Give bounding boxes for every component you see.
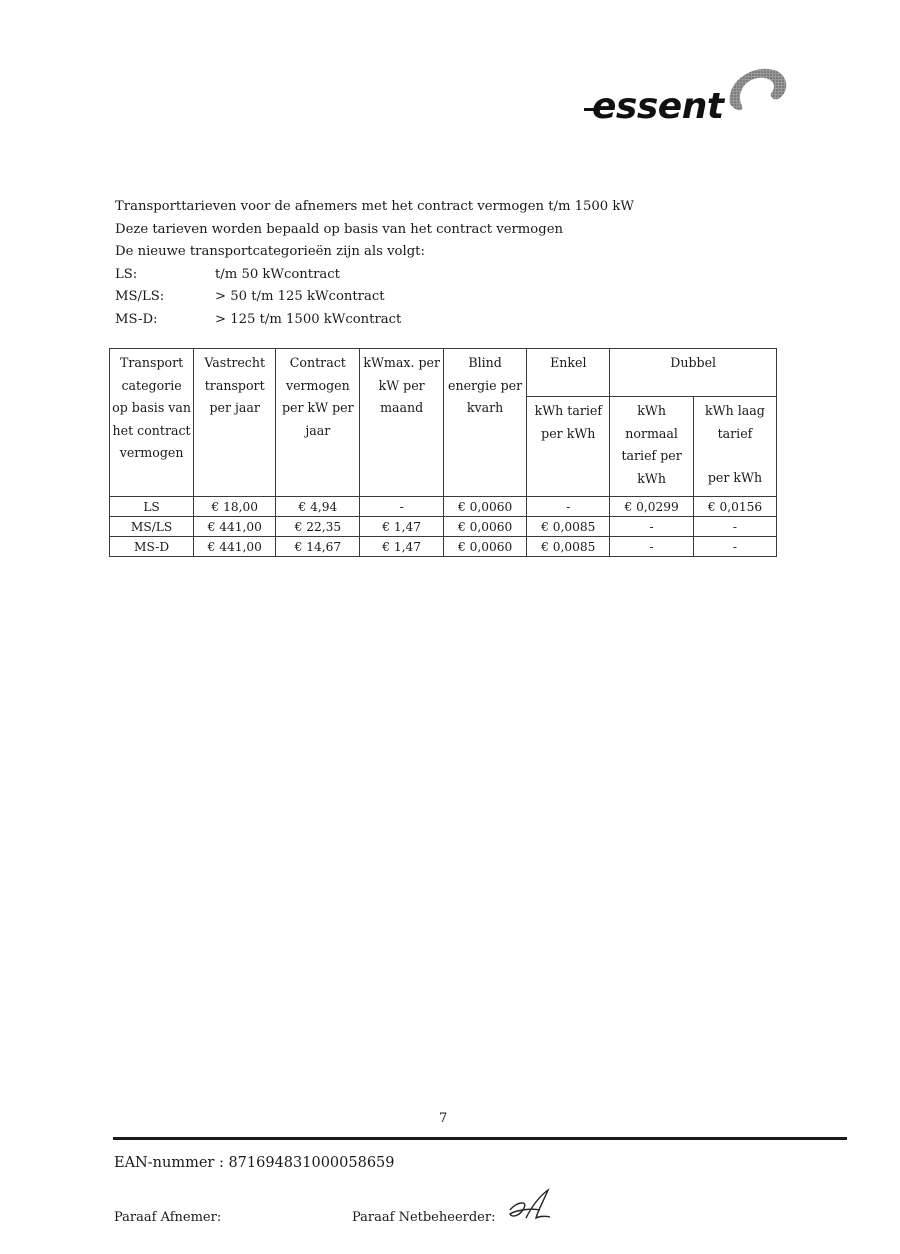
cell-normaal: € 0,0299 <box>610 497 694 517</box>
cell-vastrecht: € 441,00 <box>194 517 276 537</box>
category-ls: LS: t/m 50 kWcontract <box>115 264 634 287</box>
cell-normaal: - <box>610 517 694 537</box>
cell-blind: € 0,0060 <box>443 537 526 557</box>
tariff-table: Transport categorie op basis van het con… <box>109 348 777 557</box>
intro-title: Transporttarieven voor de afnemers met h… <box>115 196 634 219</box>
footer-divider <box>113 1137 847 1140</box>
logo-text: essent <box>592 86 724 127</box>
header-dubbel-normaal: kWh normaal tarief per kWh <box>610 397 694 497</box>
intro-line-2: Deze tarieven worden bepaald op basis va… <box>115 219 634 242</box>
intro-line-3: De nieuwe transportcategorieën zijn als … <box>115 241 634 264</box>
swirl-logo-icon <box>722 62 792 118</box>
cell-category: LS <box>110 497 194 517</box>
header-enkel-kwh: kWh tarief per kWh <box>527 397 610 497</box>
cell-blind: € 0,0060 <box>443 517 526 537</box>
cell-vastrecht: € 441,00 <box>194 537 276 557</box>
cell-laag: € 0,0156 <box>693 497 776 517</box>
category-code: MS/LS: <box>115 286 215 309</box>
cell-category: MS-D <box>110 537 194 557</box>
cell-laag: - <box>693 517 776 537</box>
cell-normaal: - <box>610 537 694 557</box>
cell-kwmax: € 1,47 <box>360 517 444 537</box>
ean-number: EAN-nummer : 871694831000058659 <box>114 1155 395 1171</box>
header-dubbel-laag: kWh laag tarief per kWh <box>693 397 776 497</box>
paraaf-afnemer: Paraaf Afnemer: <box>114 1210 221 1225</box>
cell-category: MS/LS <box>110 517 194 537</box>
cell-contract: € 4,94 <box>276 497 360 517</box>
cell-contract: € 22,35 <box>276 517 360 537</box>
table-row: MS/LS€ 441,00€ 22,35€ 1,47€ 0,0060€ 0,00… <box>110 517 777 537</box>
cell-enkel: - <box>527 497 610 517</box>
cell-kwmax: € 1,47 <box>360 537 444 557</box>
page-number: 7 <box>439 1111 447 1126</box>
category-code: LS: <box>115 264 215 287</box>
cell-blind: € 0,0060 <box>443 497 526 517</box>
signature-icon <box>506 1188 554 1224</box>
header-dubbel: Dubbel <box>610 349 777 397</box>
header-enkel: Enkel <box>527 349 610 397</box>
cell-kwmax: - <box>360 497 444 517</box>
header-category: Transport categorie op basis van het con… <box>110 349 194 497</box>
header-contract-vermogen: Contract vermogen per kW per jaar <box>276 349 360 497</box>
header-dubbel-laag-unit: per kWh <box>696 467 774 490</box>
ean-label: EAN-nummer <box>114 1155 214 1171</box>
header-vastrecht: Vastrecht transport per jaar <box>194 349 276 497</box>
cell-vastrecht: € 18,00 <box>194 497 276 517</box>
paraaf-netbeheerder: Paraaf Netbeheerder: <box>352 1210 495 1225</box>
intro-section: Transporttarieven voor de afnemers met h… <box>115 196 634 332</box>
table-row: LS€ 18,00€ 4,94-€ 0,0060-€ 0,0299€ 0,015… <box>110 497 777 517</box>
cell-contract: € 14,67 <box>276 537 360 557</box>
cell-enkel: € 0,0085 <box>527 517 610 537</box>
header-dubbel-laag-label: kWh laag tarief <box>705 403 765 441</box>
ean-value: : 871694831000058659 <box>219 1155 395 1171</box>
category-description: t/m 50 kWcontract <box>215 264 340 287</box>
category-ms-ls: MS/LS: > 50 t/m 125 kWcontract <box>115 286 634 309</box>
essent-logo: essent <box>584 62 814 132</box>
header-blind-energie: Blind energie per kvarh <box>443 349 526 497</box>
category-code: MS-D: <box>115 309 215 332</box>
table-row: MS-D€ 441,00€ 14,67€ 1,47€ 0,0060€ 0,008… <box>110 537 777 557</box>
cell-enkel: € 0,0085 <box>527 537 610 557</box>
category-ms-d: MS-D: > 125 t/m 1500 kWcontract <box>115 309 634 332</box>
header-kwmax: kWmax. per kW per maand <box>360 349 444 497</box>
category-description: > 50 t/m 125 kWcontract <box>215 286 385 309</box>
category-description: > 125 t/m 1500 kWcontract <box>215 309 401 332</box>
cell-laag: - <box>693 537 776 557</box>
